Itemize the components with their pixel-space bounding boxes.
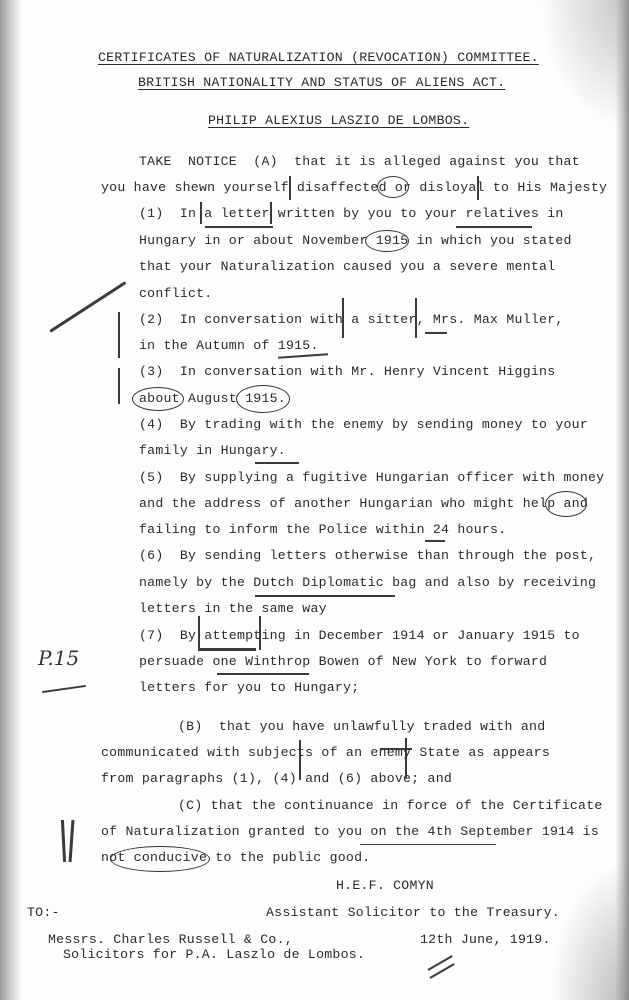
- bracket-mark: [405, 738, 407, 778]
- intro-line-1: TAKE NOTICE (A) that it is alleged again…: [139, 154, 580, 170]
- allegation-1-line-4: conflict.: [139, 286, 212, 302]
- allegation-3-line-1: (3) In conversation with Mr. Henry Vince…: [139, 364, 555, 380]
- bracket-mark: [270, 202, 272, 224]
- bracket-mark: [289, 176, 291, 200]
- bracket-mark: [299, 740, 301, 780]
- allegation-1-line-2: Hungary in or about November 1915 in whi…: [139, 233, 572, 249]
- allegation-2-line-1: (2) In conversation with a sitter, Mrs. …: [139, 312, 564, 328]
- allegation-6-line-1: (6) By sending letters otherwise than th…: [139, 548, 596, 564]
- bracket-mark: [477, 176, 479, 200]
- allegation-1-line-3: that your Naturalization caused you a se…: [139, 259, 555, 275]
- header-act: BRITISH NATIONALITY AND STATUS OF ALIENS…: [138, 75, 505, 91]
- scan-smudge-bottom-right: [549, 860, 629, 1000]
- bracket-mark: [415, 298, 417, 338]
- allegation-5-line-2: and the address of another Hungarian who…: [139, 496, 588, 512]
- strikethrough-mark: [380, 748, 412, 750]
- underline-mark: [198, 648, 256, 651]
- underline-mark: [278, 353, 328, 358]
- margin-bracket-mark: [118, 312, 120, 358]
- part-c-line-2: of Naturalization granted to you on the …: [101, 824, 599, 840]
- part-b-line-1: (B) that you have unlawfully traded with…: [178, 719, 545, 735]
- document-page: CERTIFICATES OF NATURALIZATION (REVOCATI…: [0, 0, 629, 1000]
- underline-mark: [360, 844, 496, 845]
- circled-word-and: [545, 491, 587, 517]
- underline-mark: [205, 226, 273, 228]
- circled-year-1915: [365, 230, 409, 252]
- intro-line-2: you have shewn yourself disaffected or d…: [101, 180, 607, 196]
- allegation-6-line-2: namely by the Dutch Diplomatic bag and a…: [139, 575, 596, 591]
- allegation-5-line-1: (5) By supplying a fugitive Hungarian of…: [139, 470, 604, 486]
- part-b-line-2: communicated with subjects of an enemy S…: [101, 745, 550, 761]
- part-b-line-3: from paragraphs (1), (4) and (6) above; …: [101, 771, 452, 787]
- allegation-2-line-2: in the Autumn of 1915.: [139, 338, 319, 354]
- margin-note-underline: [42, 685, 86, 693]
- handwritten-margin-note: P.15: [38, 646, 79, 670]
- subject-name: PHILIP ALEXIUS LASZIO DE LOMBOS.: [208, 113, 469, 129]
- bracket-mark: [259, 616, 261, 650]
- allegation-6-line-3: letters in the same way: [139, 601, 327, 617]
- underline-mark: [456, 226, 532, 228]
- underline-mark: [255, 462, 299, 464]
- double-slash-mark: [428, 955, 453, 970]
- header-committee: CERTIFICATES OF NATURALIZATION (REVOCATI…: [98, 50, 539, 66]
- underline-mark: [255, 595, 395, 597]
- signature-name: H.E.F. COMYN: [336, 878, 434, 894]
- underline-mark: [425, 332, 447, 334]
- allegation-7-line-1: (7) By attempting in December 1914 or Ja…: [139, 628, 580, 644]
- margin-bracket-mark: [118, 368, 120, 404]
- allegation-1-line-1: (1) In a letter written by you to your r…: [139, 206, 564, 222]
- part-c-line-1: (C) that the continuance in force of the…: [178, 798, 603, 814]
- allegation-4-line-2: family in Hungary.: [139, 443, 286, 459]
- scan-smudge-top-right: [539, 0, 629, 130]
- bracket-mark: [200, 202, 202, 224]
- bracket-mark: [198, 616, 200, 650]
- allegation-7-line-2: persuade one Winthrop Bowen of New York …: [139, 654, 547, 670]
- circled-year-1915: [236, 385, 290, 413]
- allegation-5-line-3: failing to inform the Police within 24 h…: [139, 522, 506, 538]
- bracket-mark: [342, 298, 344, 338]
- recipient-line-1: Messrs. Charles Russell & Co.,: [48, 932, 293, 948]
- allegation-7-line-3: letters for you to Hungary;: [139, 680, 359, 696]
- scan-edge-right: [615, 0, 629, 1000]
- margin-double-bar-mark: [61, 820, 66, 862]
- recipient-line-2: Solicitors for P.A. Laszlo de Lombos.: [63, 947, 365, 963]
- margin-slash-mark: [49, 281, 126, 332]
- signature-date: 12th June, 1919.: [420, 932, 551, 948]
- circled-word-or: [377, 176, 409, 198]
- underline-mark: [425, 540, 445, 542]
- recipient-label: TO:-: [27, 905, 60, 921]
- scan-edge-left: [0, 0, 22, 1000]
- circled-word-about: [132, 387, 184, 411]
- margin-double-bar-mark: [69, 820, 74, 862]
- circled-word-conducive: [110, 846, 210, 872]
- underline-mark: [217, 673, 309, 675]
- signature-title: Assistant Solicitor to the Treasury.: [266, 905, 560, 921]
- allegation-4-line-1: (4) By trading with the enemy by sending…: [139, 417, 588, 433]
